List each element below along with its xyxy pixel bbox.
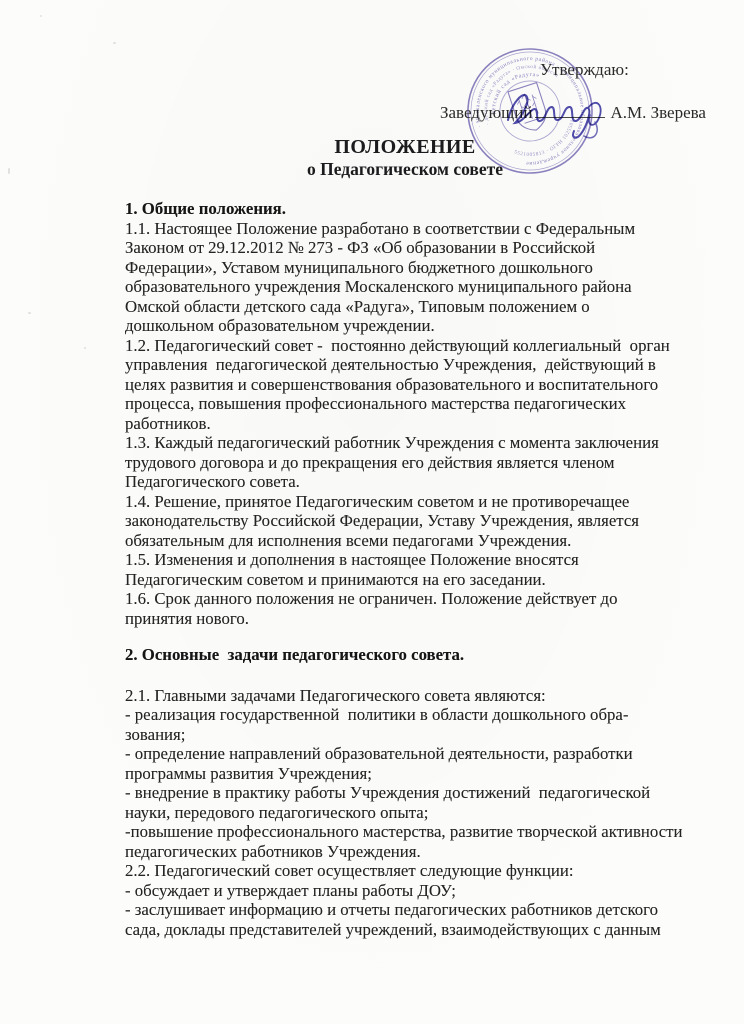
section-1-heading: 1. Общие положения. (125, 199, 710, 219)
handwritten-signature (500, 78, 620, 144)
scan-speck (28, 312, 31, 314)
approve-label: Утверждаю: (540, 60, 629, 80)
document-subtitle: о Педагогическом совете (125, 159, 685, 180)
document-title: ПОЛОЖЕНИЕ (125, 136, 685, 159)
scan-speck (40, 15, 42, 17)
scanned-document-page: · Москаленского муниципального района · … (0, 0, 744, 1024)
section-2-text: 2.1. Главными задачами Педагогического с… (125, 686, 710, 940)
approver-name: А.М. Зверева (610, 103, 706, 122)
scan-speck (113, 42, 116, 44)
section-2-heading: 2. Основные задачи педагогического совет… (125, 645, 710, 665)
section-1-text: 1.1. Настоящее Положение разработано в с… (125, 219, 710, 629)
scan-speck (8, 168, 10, 174)
document-body: 1. Общие положения. 1.1. Настоящее Полож… (125, 199, 710, 939)
scan-speck (84, 347, 86, 349)
